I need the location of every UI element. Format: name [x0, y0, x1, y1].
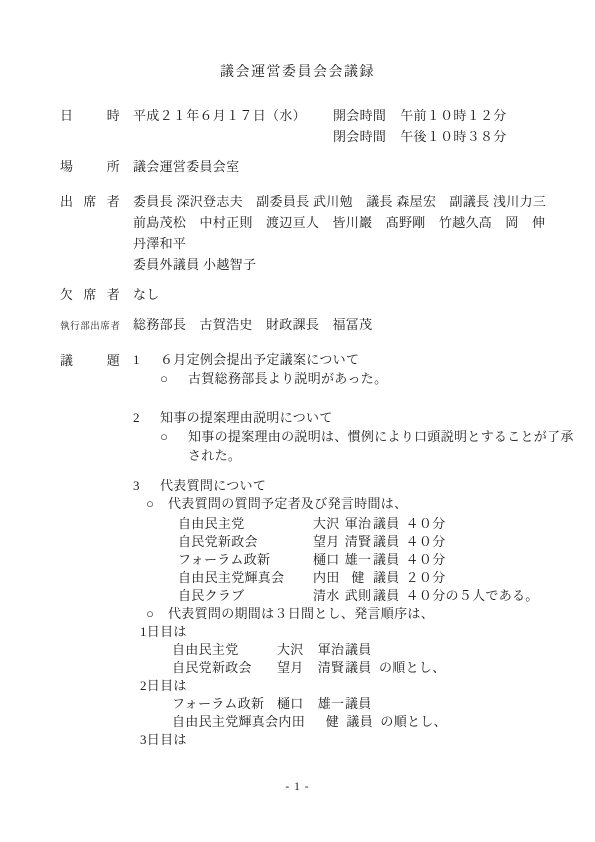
schedule-list: 1日目は 自由民主党 大沢 軍治 議員 自民党新政会 望月 清賢 議	[133, 623, 595, 749]
datetime-label: 日時	[60, 105, 120, 126]
attendees-line: 委員長 深沢登志夫 副委員長 武川勉 議長 森屋宏 副議長 浅川力三	[133, 191, 595, 212]
speaker-given-name: 清賢	[343, 533, 373, 551]
point-text-line: 代表質問の質問予定者及び発言時間は、	[168, 496, 407, 511]
attendees-line: 委員外議員 小越智子	[133, 254, 595, 275]
party-name: フォーラム政新	[178, 551, 313, 569]
speaker-title: 議員	[373, 551, 400, 569]
schedule-suffix: の順とし、	[379, 659, 446, 677]
party-name: 自民クラブ	[178, 587, 313, 605]
bullet-point: ○ 代表質問の質問予定者及び発言時間は、	[133, 495, 595, 513]
speaker-given-name: 軍治	[343, 515, 373, 533]
schedule-row: 自由民主党輝真会 内田 健 議員 の順とし、	[172, 713, 595, 731]
speaking-time: ４０分	[406, 551, 446, 569]
page-number: - 1 -	[0, 781, 595, 793]
schedule-day-label: 3日目は	[140, 731, 595, 749]
speaker-surname: 樋口	[313, 551, 343, 569]
attendees-row: 出席者 委員長 深沢登志夫 副委員長 武川勉 議長 森屋宏 副議長 浅川力三 前…	[0, 191, 595, 275]
speaker-given-name: 軍治	[317, 641, 345, 659]
speaker-row: 自民クラブ 清水 武則 議員 ４０分の５人である。	[178, 587, 595, 605]
agenda-item-number: 2	[133, 408, 160, 427]
speaker-title: 議員	[373, 587, 400, 605]
attendees-label: 出席者	[60, 191, 120, 212]
speaker-row: 自由民主党 大沢 軍治 議員 ４０分	[178, 515, 595, 533]
speaker-surname: 内田	[313, 569, 343, 587]
agenda-item-3: 3 代表質問について ○ 代表質問の質問予定者及び発言時間は、 自由民主党 大沢…	[133, 477, 595, 749]
agenda-label: 議題	[60, 350, 120, 371]
speaker-surname: 望月	[277, 659, 317, 677]
schedule-row: フォーラム政新 樋口 雄一 議員	[172, 695, 595, 713]
place-row: 場所 議会運営委員会室	[0, 156, 595, 177]
doc-title: 議会運営委員会会議録	[0, 0, 595, 83]
speaker-surname: 内田	[278, 713, 318, 731]
speaker-surname: 樋口	[277, 695, 317, 713]
speaker-given-name: 清賢	[317, 659, 345, 677]
speaker-given-name: 武則	[343, 587, 373, 605]
circle-bullet: ○	[160, 427, 188, 465]
agenda-row: 議題 1 ６月定例会提出予定議案について ○ 古賀総務部長より説明があった。	[0, 350, 595, 749]
speaker-title: 議員	[373, 569, 400, 587]
speaker-title: 議員	[346, 713, 373, 731]
speaker-surname: 望月	[313, 533, 343, 551]
open-time-label: 開会時間	[333, 105, 386, 126]
agenda-item-number: 1	[133, 350, 160, 369]
speaker-given-name: 健	[318, 713, 346, 731]
document-page: 議会運営委員会会議録 日時 平成２１年６月１７日（水） 開会時間 午前１０時１２…	[0, 0, 595, 842]
speaker-row: 自由民主党輝真会 内田 健 議員 ２０分	[178, 569, 595, 587]
speaking-time: ４０分の５人である。	[406, 587, 539, 605]
point-text-line: 知事の提案理由の説明は、慣例により口頭説明とすることが了承	[188, 427, 595, 446]
attendees-line: 前島茂松 中村正則 渡辺亘人 皆川巖 髙野剛 竹越久高 岡 伸	[133, 212, 595, 233]
close-time-label: 閉会時間	[333, 126, 386, 147]
point-text-line: 古賀総務部長より説明があった。	[188, 371, 387, 386]
party-name: 自民党新政会	[178, 533, 313, 551]
schedule-row: 自民党新政会 望月 清賢 議員 の順とし、	[172, 659, 595, 677]
speakers-table: 自由民主党 大沢 軍治 議員 ４０分 自民党新政会 望月 清賢 議員 ４０分	[178, 515, 595, 605]
speaker-title: 議員	[373, 515, 400, 533]
speaking-time: ４０分	[406, 515, 446, 533]
schedule-row: 自由民主党 大沢 軍治 議員	[172, 641, 595, 659]
executive-value: 総務部長 古賀浩史 財政課長 福冨茂	[133, 314, 595, 335]
datetime-row: 日時 平成２１年６月１７日（水） 開会時間 午前１０時１２分 閉会時間 午後１０…	[0, 105, 595, 147]
place-label: 場所	[60, 156, 120, 177]
point-text-line: された。	[188, 446, 595, 465]
absentees-value: なし	[133, 284, 595, 305]
speaker-title: 議員	[345, 659, 372, 677]
speaker-given-name: 雄一	[343, 551, 373, 569]
agenda-item-heading: ６月定例会提出予定議案について	[160, 350, 359, 369]
speaker-row: 自民党新政会 望月 清賢 議員 ４０分	[178, 533, 595, 551]
executive-row: 執行部出席者 総務部長 古賀浩史 財政課長 福冨茂	[0, 314, 595, 338]
place-value: 議会運営委員会室	[133, 156, 595, 177]
circle-bullet: ○	[146, 605, 168, 623]
schedule-day-group: 2日目は フォーラム政新 樋口 雄一 議員 自由民主党輝真会 内田 健	[133, 677, 595, 731]
attendees-line: 丹澤和平	[133, 233, 595, 254]
absentees-label: 欠席者	[60, 284, 120, 305]
speaker-given-name: 健	[343, 569, 373, 587]
speaker-title: 議員	[373, 533, 400, 551]
absentees-row: 欠席者 なし	[0, 284, 595, 305]
open-time-value: 午前１０時１２分	[400, 105, 506, 126]
bullet-point: ○ 古賀総務部長より説明があった。	[133, 369, 595, 388]
executive-label: 執行部出席者	[60, 317, 120, 338]
party-name: 自由民主党輝真会	[172, 713, 278, 731]
speaking-time: ４０分	[406, 533, 446, 551]
schedule-day-group: 3日目は	[133, 731, 595, 749]
speaker-surname: 大沢	[313, 515, 343, 533]
agenda-item-2: 2 知事の提案理由説明について ○ 知事の提案理由の説明は、慣例により口頭説明と…	[133, 408, 595, 465]
agenda-item-1: 1 ６月定例会提出予定議案について ○ 古賀総務部長より説明があった。	[133, 350, 595, 388]
party-name: 自民党新政会	[172, 659, 277, 677]
agenda-item-number: 3	[133, 477, 160, 495]
datetime-spacer	[133, 126, 333, 147]
agenda-item-heading: 代表質問について	[160, 477, 266, 495]
point-text-line: 代表質問の期間は３日間とし、発言順序は、	[168, 606, 434, 621]
speaker-surname: 大沢	[277, 641, 317, 659]
speaker-title: 議員	[345, 695, 372, 713]
speaker-surname: 清水	[313, 587, 343, 605]
bullet-point: ○ 知事の提案理由の説明は、慣例により口頭説明とすることが了承 された。	[133, 427, 595, 465]
speaker-given-name: 雄一	[317, 695, 345, 713]
party-name: 自由民主党	[172, 641, 277, 659]
schedule-suffix: の順とし、	[380, 713, 447, 731]
speaking-time: ２０分	[406, 569, 446, 587]
party-name: 自由民主党輝真会	[178, 569, 313, 587]
agenda-item-heading: 知事の提案理由説明について	[160, 408, 333, 427]
circle-bullet: ○	[146, 495, 168, 513]
party-name: 自由民主党	[178, 515, 313, 533]
bullet-point: ○ 代表質問の期間は３日間とし、発言順序は、	[133, 605, 595, 623]
circle-bullet: ○	[160, 369, 188, 388]
party-name: フォーラム政新	[172, 695, 277, 713]
speaker-row: フォーラム政新 樋口 雄一 議員 ４０分	[178, 551, 595, 569]
schedule-day-group: 1日目は 自由民主党 大沢 軍治 議員 自民党新政会 望月 清賢 議	[133, 623, 595, 677]
schedule-day-label: 2日目は	[140, 677, 595, 695]
close-time-value: 午後１０時３８分	[400, 126, 506, 147]
datetime-value: 平成２１年６月１７日（水）	[133, 105, 333, 126]
speaker-title: 議員	[345, 641, 372, 659]
schedule-day-label: 1日目は	[140, 623, 595, 641]
